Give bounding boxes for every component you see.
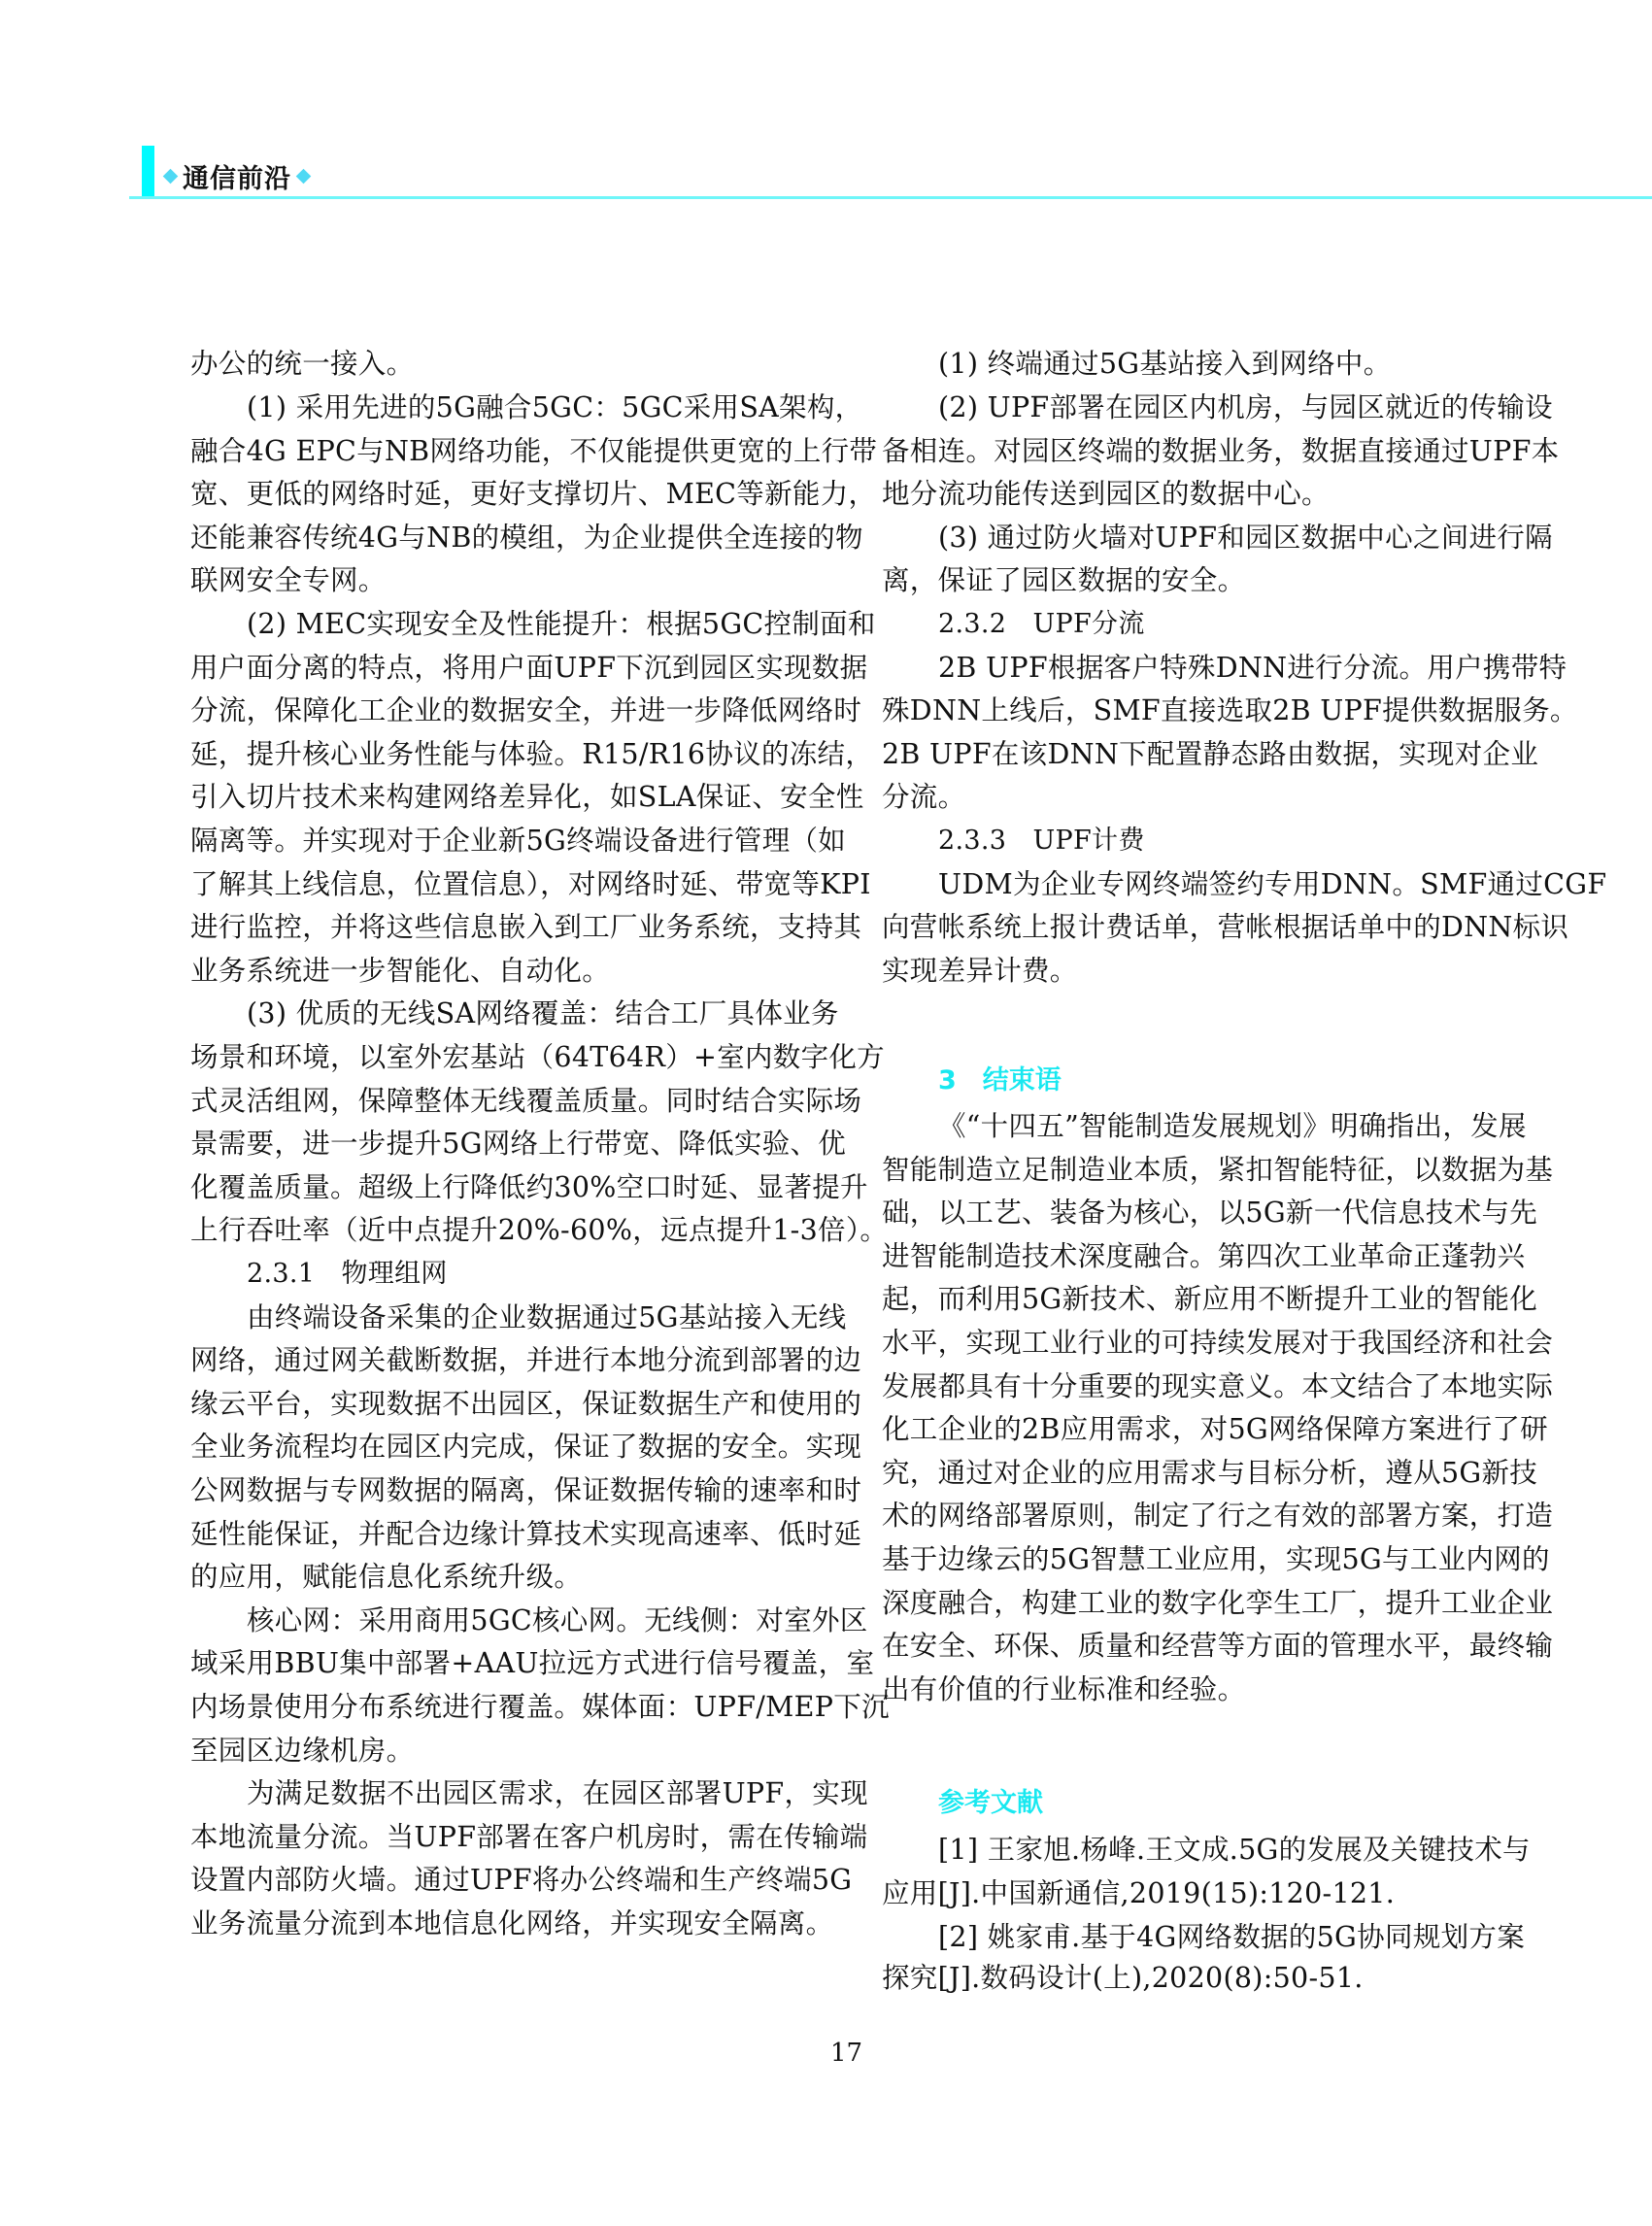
paragraph-line: 上行吞吐率（近中点提升20%-60%，远点提升1-3倍）。 (190, 1211, 835, 1250)
paragraph-line: 水平，实现工业行业的可持续发展对于我国经济和社会 (882, 1324, 1525, 1363)
paragraph-line: 了解其上线信息，位置信息），对网络时延、带宽等KPI (190, 865, 835, 904)
paragraph-line: UDM为企业专网终端签约专用DNN。SMF通过CGF (938, 865, 1525, 904)
paragraph-line: 全业务流程均在园区内完成，保证了数据的安全。实现 (190, 1428, 835, 1467)
paragraph-line: 景需要，进一步提升5G网络上行带宽、降低实验、优 (190, 1125, 835, 1164)
paragraph-line: 核心网：采用商用5GC核心网。无线侧：对室外区 (247, 1602, 835, 1640)
paragraph-line: 引入切片技术来构建网络差异化，如SLA保证、安全性 (190, 778, 835, 817)
paragraph-line: 进智能制造技术深度融合。第四次工业革命正蓬勃兴 (882, 1237, 1525, 1276)
paragraph-line: 缘云平台，实现数据不出园区，保证数据生产和使用的 (190, 1385, 835, 1424)
paragraph-line: 业务流量分流到本地信息化网络，并实现安全隔离。 (190, 1905, 833, 1943)
paragraph-line: 网络，通过网关截断数据，并进行本地分流到部署的边 (190, 1341, 835, 1380)
reference-line: 应用[J].中国新通信,2019(15):120-121. (882, 1874, 1395, 1913)
paragraph-line: 殊DNN上线后，SMF直接选取2B UPF提供数据服务。 (882, 691, 1525, 730)
diamond-icon (163, 168, 179, 184)
paragraph-line: 本地流量分流。当UPF部署在客户机房时，需在传输端 (190, 1818, 835, 1857)
paragraph-line: 2B UPF根据客户特殊DNN进行分流。用户携带特 (938, 649, 1525, 688)
paragraph-line: 域采用BBU集中部署+AAU拉远方式进行信号覆盖，室 (190, 1644, 835, 1683)
reference-line: 探究[J].数码设计(上),2020(8):50-51. (882, 1959, 1364, 1998)
paragraph-line: (1) 终端通过5G基站接入到网络中。 (938, 345, 1392, 384)
paragraph-line: 究，通过对企业的应用需求与目标分析，遵从5G新技 (882, 1454, 1525, 1493)
section-label: 通信前沿 (158, 158, 316, 193)
paragraph-line: (2) UPF部署在园区内机房，与园区就近的传输设 (938, 388, 1525, 427)
paragraph-line: 延性能保证，并配合边缘计算技术实现高速率、低时延 (190, 1515, 835, 1554)
paragraph-line: 办公的统一接入。 (190, 345, 414, 384)
paragraph-line: 《“十四五”智能制造发展规划》明确指出，发展 (938, 1107, 1525, 1146)
paragraph-line: 实现差异计费。 (882, 952, 1078, 991)
header-divider (129, 196, 1652, 199)
paragraph-line: 化工企业的2B应用需求，对5G网络保障方案进行了研 (882, 1410, 1525, 1449)
paragraph-line: 由终端设备采集的企业数据通过5G基站接入无线 (247, 1298, 835, 1337)
paragraph-line: 式灵活组网，保障整体无线覆盖质量。同时结合实际场 (190, 1082, 835, 1121)
paragraph-line: 化覆盖质量。超级上行降低约30%空口时延、显著提升 (190, 1168, 835, 1207)
paragraph-line: 出有价值的行业标准和经验。 (882, 1670, 1245, 1709)
paragraph-line: 融合4G EPC与NB网络功能，不仅能提供更宽的上行带 (190, 432, 835, 471)
paragraph-line: 起，而利用5G新技术、新应用不断提升工业的智能化 (882, 1280, 1525, 1319)
paragraph-line: 备相连。对园区终端的数据业务，数据直接通过UPF本 (882, 432, 1525, 471)
paragraph-line: 深度融合，构建工业的数字化孪生工厂，提升工业企业 (882, 1584, 1525, 1623)
diamond-icon (296, 168, 312, 184)
paragraph-line: 为满足数据不出园区需求，在园区部署UPF，实现 (247, 1774, 835, 1813)
paragraph-line: 智能制造立足制造业本质，紧扣智能特征，以数据为基 (882, 1151, 1525, 1190)
paragraph-line: 延，提升核心业务性能与体验。R15/R16协议的冻结， (190, 735, 835, 774)
paragraph-line: 础，以工艺、装备为核心，以5G新一代信息技术与先 (882, 1194, 1525, 1232)
paragraph-line: 的应用，赋能信息化系统升级。 (190, 1558, 582, 1597)
paragraph-line: 内场景使用分布系统进行覆盖。媒体面：UPF/MEP下沉 (190, 1688, 835, 1727)
subsection-heading: 2.3.3 UPF计费 (938, 822, 1145, 860)
reference-line: [1] 王家旭.杨峰.王文成.5G的发展及关键技术与 (938, 1831, 1525, 1870)
paragraph-line: 至园区边缘机房。 (190, 1732, 414, 1771)
paragraph-line: 基于边缘云的5G智慧工业应用，实现5G与工业内网的 (882, 1540, 1525, 1579)
subsection-heading: 2.3.1 物理组网 (247, 1255, 448, 1294)
paragraph-line: 分流。 (882, 778, 965, 817)
subsection-heading: 2.3.2 UPF分流 (938, 605, 1145, 644)
paragraph-line: 用户面分离的特点，将用户面UPF下沉到园区实现数据 (190, 649, 835, 688)
paragraph-line: 公网数据与专网数据的隔离，保证数据传输的速率和时 (190, 1471, 835, 1510)
paragraph-line: 隔离等。并实现对于企业新5G终端设备进行管理（如 (190, 822, 835, 860)
section-heading-conclusion: 3 结束语 (938, 1062, 1062, 1100)
paragraph-line: 地分流功能传送到园区的数据中心。 (882, 475, 1330, 514)
paragraph-line: 联网安全专网。 (190, 561, 387, 600)
paragraph-line: 离，保证了园区数据的安全。 (882, 561, 1245, 600)
paragraph-line: 术的网络部署原则，制定了行之有效的部署方案，打造 (882, 1497, 1525, 1535)
paragraph-line: 进行监控，并将这些信息嵌入到工厂业务系统，支持其 (190, 908, 835, 947)
paragraph-line: (3) 通过防火墙对UPF和园区数据中心之间进行隔 (938, 519, 1525, 557)
paragraph-line: 发展都具有十分重要的现实意义。本文结合了本地实际 (882, 1367, 1525, 1406)
page-number: 17 (830, 2039, 862, 2068)
paragraph-line: 宽、更低的网络时延，更好支撑切片、MEC等新能力， (190, 475, 835, 514)
paragraph-line: 分流，保障化工企业的数据安全，并进一步降低网络时 (190, 691, 835, 730)
paragraph-line: 还能兼容传统4G与NB的模组，为企业提供全连接的物 (190, 519, 835, 557)
paragraph-line: 场景和环境，以室外宏基站（64T64R）+室内数字化方 (190, 1038, 835, 1077)
paragraph-line: 向营帐系统上报计费话单，营帐根据话单中的DNN标识 (882, 908, 1525, 947)
paragraph-line: 在安全、环保、质量和经营等方面的管理水平，最终输 (882, 1627, 1525, 1666)
section-label-text: 通信前沿 (183, 157, 291, 195)
paragraph-line: (3) 优质的无线SA网络覆盖：结合工厂具体业务 (247, 995, 835, 1033)
header-accent-bar (142, 146, 154, 196)
paragraph-line: (1) 采用先进的5G融合5GC：5GC采用SA架构， (247, 388, 835, 427)
reference-line: [2] 姚家甫.基于4G网络数据的5G协同规划方案 (938, 1918, 1525, 1957)
paragraph-line: (2) MEC实现安全及性能提升：根据5GC控制面和 (247, 605, 835, 644)
paragraph-line: 业务系统进一步智能化、自动化。 (190, 952, 610, 991)
section-heading-references: 参考文献 (938, 1784, 1043, 1823)
paragraph-line: 2B UPF在该DNN下配置静态路由数据，实现对企业 (882, 735, 1525, 774)
paragraph-line: 设置内部防火墙。通过UPF将办公终端和生产终端5G (190, 1861, 835, 1900)
